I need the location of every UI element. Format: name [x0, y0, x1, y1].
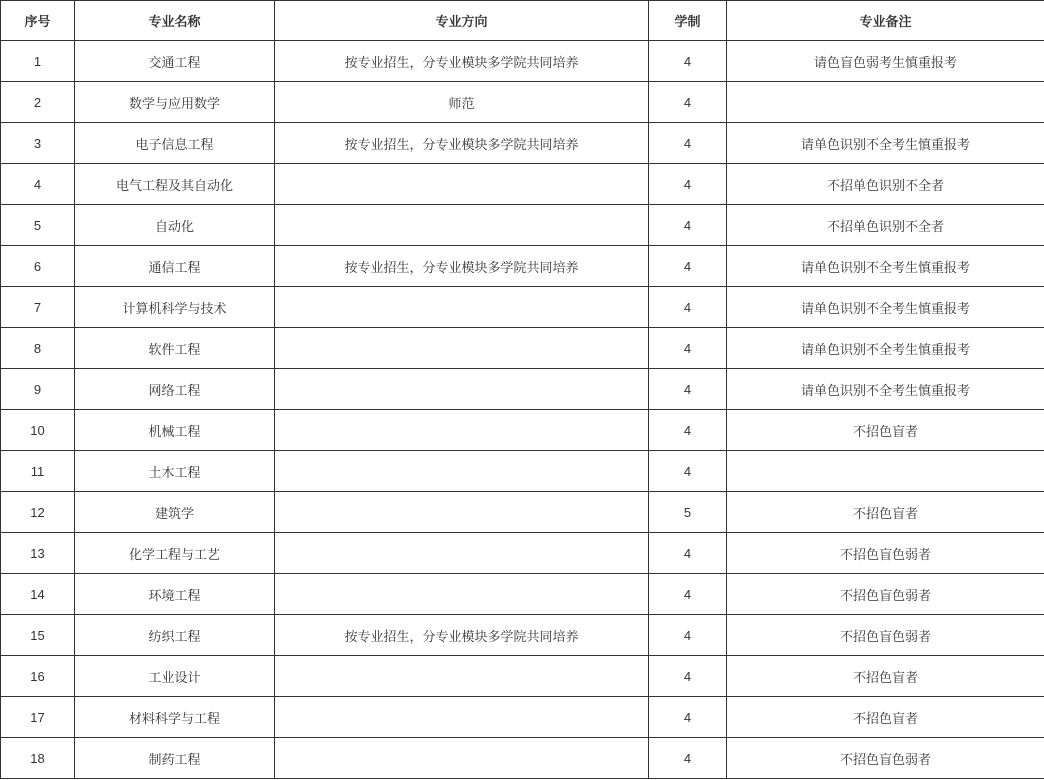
- cell-duration: 4: [649, 574, 727, 615]
- cell-major-note: 请单色识别不全考生慎重报考: [727, 328, 1044, 369]
- cell-index: 17: [1, 697, 75, 738]
- cell-major-note: 不招色盲者: [727, 492, 1044, 533]
- cell-major-note: 不招色盲色弱者: [727, 574, 1044, 615]
- cell-major-name: 制药工程: [75, 738, 275, 779]
- cell-duration: 4: [649, 410, 727, 451]
- table-row: 14环境工程4不招色盲色弱者: [1, 574, 1044, 615]
- cell-index: 11: [1, 451, 75, 492]
- cell-index: 5: [1, 205, 75, 246]
- cell-duration: 4: [649, 328, 727, 369]
- cell-duration: 4: [649, 123, 727, 164]
- table-row: 6通信工程按专业招生，分专业模块多学院共同培养4请单色识别不全考生慎重报考: [1, 246, 1044, 287]
- table-row: 13化学工程与工艺4不招色盲色弱者: [1, 533, 1044, 574]
- cell-duration: 5: [649, 492, 727, 533]
- cell-index: 10: [1, 410, 75, 451]
- cell-major-direction: [275, 205, 649, 246]
- cell-major-direction: [275, 656, 649, 697]
- cell-major-name: 工业设计: [75, 656, 275, 697]
- table-row: 5自动化4不招单色识别不全者: [1, 205, 1044, 246]
- cell-index: 14: [1, 574, 75, 615]
- cell-major-note: 不招单色识别不全者: [727, 205, 1044, 246]
- cell-major-note: 请单色识别不全考生慎重报考: [727, 123, 1044, 164]
- table-row: 16工业设计4不招色盲者: [1, 656, 1044, 697]
- cell-major-direction: 按专业招生，分专业模块多学院共同培养: [275, 246, 649, 287]
- cell-index: 2: [1, 82, 75, 123]
- cell-index: 12: [1, 492, 75, 533]
- cell-major-note: [727, 451, 1044, 492]
- cell-major-direction: [275, 697, 649, 738]
- cell-duration: 4: [649, 615, 727, 656]
- cell-major-direction: [275, 287, 649, 328]
- cell-duration: 4: [649, 287, 727, 328]
- cell-major-direction: [275, 738, 649, 779]
- cell-major-direction: 按专业招生，分专业模块多学院共同培养: [275, 123, 649, 164]
- cell-major-name: 机械工程: [75, 410, 275, 451]
- cell-duration: 4: [649, 82, 727, 123]
- cell-index: 16: [1, 656, 75, 697]
- cell-duration: 4: [649, 205, 727, 246]
- cell-major-direction: [275, 451, 649, 492]
- cell-major-direction: [275, 369, 649, 410]
- cell-index: 18: [1, 738, 75, 779]
- header-cell-major-name: 专业名称: [75, 1, 275, 41]
- cell-index: 9: [1, 369, 75, 410]
- cell-major-note: 不招色盲色弱者: [727, 615, 1044, 656]
- cell-major-direction: 按专业招生，分专业模块多学院共同培养: [275, 615, 649, 656]
- header-cell-duration: 学制: [649, 1, 727, 41]
- cell-major-direction: [275, 533, 649, 574]
- header-cell-major-direction: 专业方向: [275, 1, 649, 41]
- table-row: 2数学与应用数学师范4: [1, 82, 1044, 123]
- cell-major-note: 不招色盲者: [727, 410, 1044, 451]
- cell-duration: 4: [649, 738, 727, 779]
- header-cell-index: 序号: [1, 1, 75, 41]
- cell-major-direction: [275, 328, 649, 369]
- cell-major-name: 电子信息工程: [75, 123, 275, 164]
- cell-index: 15: [1, 615, 75, 656]
- cell-major-note: 不招色盲者: [727, 697, 1044, 738]
- header-cell-major-note: 专业备注: [727, 1, 1044, 41]
- cell-index: 13: [1, 533, 75, 574]
- cell-major-note: 不招单色识别不全者: [727, 164, 1044, 205]
- cell-major-direction: 按专业招生，分专业模块多学院共同培养: [275, 41, 649, 82]
- cell-major-note: 不招色盲色弱者: [727, 738, 1044, 779]
- cell-major-name: 材料科学与工程: [75, 697, 275, 738]
- table-row: 11土木工程4: [1, 451, 1044, 492]
- cell-index: 4: [1, 164, 75, 205]
- cell-duration: 4: [649, 656, 727, 697]
- majors-table: 序号 专业名称 专业方向 学制 专业备注 1交通工程按专业招生，分专业模块多学院…: [0, 0, 1044, 779]
- table-body: 1交通工程按专业招生，分专业模块多学院共同培养4请色盲色弱考生慎重报考2数学与应…: [1, 41, 1044, 779]
- table-header: 序号 专业名称 专业方向 学制 专业备注: [1, 1, 1044, 41]
- cell-major-direction: [275, 164, 649, 205]
- cell-major-note: 请单色识别不全考生慎重报考: [727, 287, 1044, 328]
- cell-major-name: 交通工程: [75, 41, 275, 82]
- cell-major-name: 环境工程: [75, 574, 275, 615]
- cell-major-direction: 师范: [275, 82, 649, 123]
- cell-major-note: 请单色识别不全考生慎重报考: [727, 246, 1044, 287]
- cell-duration: 4: [649, 369, 727, 410]
- cell-major-name: 数学与应用数学: [75, 82, 275, 123]
- cell-duration: 4: [649, 533, 727, 574]
- cell-major-direction: [275, 574, 649, 615]
- cell-major-name: 网络工程: [75, 369, 275, 410]
- table-row: 4电气工程及其自动化4不招单色识别不全者: [1, 164, 1044, 205]
- cell-major-note: [727, 82, 1044, 123]
- cell-index: 8: [1, 328, 75, 369]
- cell-index: 6: [1, 246, 75, 287]
- cell-major-name: 土木工程: [75, 451, 275, 492]
- cell-major-note: 不招色盲色弱者: [727, 533, 1044, 574]
- header-row: 序号 专业名称 专业方向 学制 专业备注: [1, 1, 1044, 41]
- cell-major-name: 建筑学: [75, 492, 275, 533]
- cell-major-name: 电气工程及其自动化: [75, 164, 275, 205]
- table-row: 3电子信息工程按专业招生，分专业模块多学院共同培养4请单色识别不全考生慎重报考: [1, 123, 1044, 164]
- cell-major-name: 自动化: [75, 205, 275, 246]
- cell-major-name: 通信工程: [75, 246, 275, 287]
- cell-major-note: 请色盲色弱考生慎重报考: [727, 41, 1044, 82]
- table-row: 9网络工程4请单色识别不全考生慎重报考: [1, 369, 1044, 410]
- cell-duration: 4: [649, 246, 727, 287]
- cell-major-note: 请单色识别不全考生慎重报考: [727, 369, 1044, 410]
- cell-major-note: 不招色盲者: [727, 656, 1044, 697]
- cell-index: 3: [1, 123, 75, 164]
- cell-major-direction: [275, 492, 649, 533]
- majors-table-page: 序号 专业名称 专业方向 学制 专业备注 1交通工程按专业招生，分专业模块多学院…: [0, 0, 1044, 780]
- table-row: 17材料科学与工程4不招色盲者: [1, 697, 1044, 738]
- table-row: 12建筑学5不招色盲者: [1, 492, 1044, 533]
- table-row: 18制药工程4不招色盲色弱者: [1, 738, 1044, 779]
- table-row: 15纺织工程按专业招生，分专业模块多学院共同培养4不招色盲色弱者: [1, 615, 1044, 656]
- cell-major-name: 纺织工程: [75, 615, 275, 656]
- cell-index: 7: [1, 287, 75, 328]
- cell-index: 1: [1, 41, 75, 82]
- table-row: 7计算机科学与技术4请单色识别不全考生慎重报考: [1, 287, 1044, 328]
- cell-major-direction: [275, 410, 649, 451]
- cell-major-name: 软件工程: [75, 328, 275, 369]
- cell-major-name: 计算机科学与技术: [75, 287, 275, 328]
- cell-duration: 4: [649, 451, 727, 492]
- table-row: 8软件工程4请单色识别不全考生慎重报考: [1, 328, 1044, 369]
- cell-major-name: 化学工程与工艺: [75, 533, 275, 574]
- cell-duration: 4: [649, 697, 727, 738]
- cell-duration: 4: [649, 41, 727, 82]
- table-row: 10机械工程4不招色盲者: [1, 410, 1044, 451]
- cell-duration: 4: [649, 164, 727, 205]
- table-row: 1交通工程按专业招生，分专业模块多学院共同培养4请色盲色弱考生慎重报考: [1, 41, 1044, 82]
